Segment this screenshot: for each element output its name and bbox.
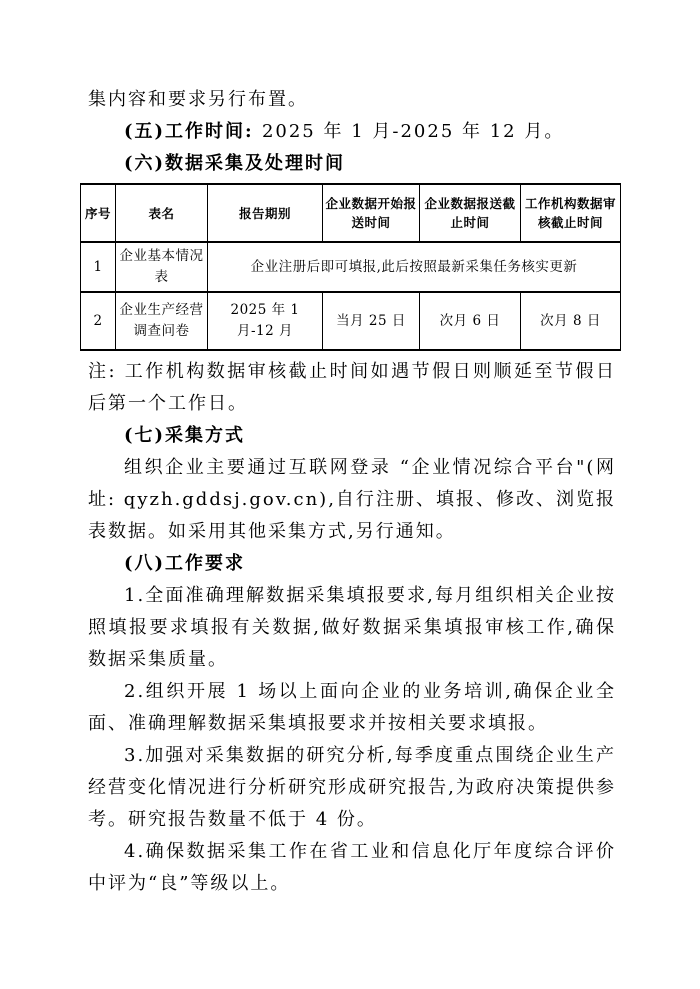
paragraph-requirement-1: 1.全面准确理解数据采集填报要求,每月组织相关企业按照填报要求填报有关数据,做好… (88, 580, 616, 676)
paragraph-continuation: 集内容和要求另行布置。 (88, 84, 616, 116)
paragraph-requirement-2: 2.组织开展 1 场以上面向企业的业务培训,确保企业全面、准确理解数据采集填报要… (88, 676, 616, 740)
cell-form-name: 企业生产经营调查问卷 (116, 292, 208, 350)
document-page: 集内容和要求另行布置。 (五)工作时间: 2025 年 1 月-2025 年 1… (0, 0, 700, 989)
header-cell-start-time: 企业数据开始报送时间 (323, 184, 420, 242)
header-cell-seq: 序号 (81, 184, 116, 242)
table-header-row: 序号 表名 报告期别 企业数据开始报送时间 企业数据报送截止时间 工作机构数据审… (81, 184, 621, 242)
header-cell-report-period: 报告期别 (208, 184, 323, 242)
heading-work-time-value: 2025 年 1 月-2025 年 12 月。 (262, 121, 564, 142)
paragraph-requirement-3: 3.加强对采集数据的研究分析,每季度重点围绕企业生产经营变化情况进行分析研究形成… (88, 740, 616, 836)
heading-collection-schedule: (六)数据采集及处理时间 (88, 148, 616, 180)
table-note: 注: 工作机构数据审核截止时间如遇节假日则顺延至节假日后第一个工作日。 (88, 356, 616, 420)
cell-form-name: 企业基本情况表 (116, 242, 208, 292)
cell-seq: 1 (81, 242, 116, 292)
header-cell-review-deadline: 工作机构数据审核截止时间 (521, 184, 621, 242)
cell-submit-deadline: 次月 6 日 (420, 292, 521, 350)
cell-merged-note: 企业注册后即可填报,此后按照最新采集任务核实更新 (208, 242, 621, 292)
heading-work-time: (五)工作时间: 2025 年 1 月-2025 年 12 月。 (88, 116, 616, 148)
paragraph-collection-method: 组织企业主要通过互联网登录 “企业情况综合平台"(网址: qyzh.gddsj.… (88, 452, 616, 548)
header-cell-form-name: 表名 (116, 184, 208, 242)
cell-start-time: 当月 25 日 (323, 292, 420, 350)
heading-collection-method: (七)采集方式 (88, 420, 616, 452)
cell-review-deadline: 次月 8 日 (521, 292, 621, 350)
header-cell-submit-deadline: 企业数据报送截止时间 (420, 184, 521, 242)
heading-work-time-label: (五)工作时间: (124, 121, 262, 142)
table-row: 2 企业生产经营调查问卷 2025 年 1 月-12 月 当月 25 日 次月 … (81, 292, 621, 350)
heading-work-requirements: (八)工作要求 (88, 548, 616, 580)
table-row: 1 企业基本情况表 企业注册后即可填报,此后按照最新采集任务核实更新 (81, 242, 621, 292)
cell-seq: 2 (81, 292, 116, 350)
collection-schedule-table: 序号 表名 报告期别 企业数据开始报送时间 企业数据报送截止时间 工作机构数据审… (80, 183, 621, 351)
cell-report-period: 2025 年 1 月-12 月 (208, 292, 323, 350)
paragraph-requirement-4: 4.确保数据采集工作在省工业和信息化厅年度综合评价中评为“良”等级以上。 (88, 836, 616, 900)
